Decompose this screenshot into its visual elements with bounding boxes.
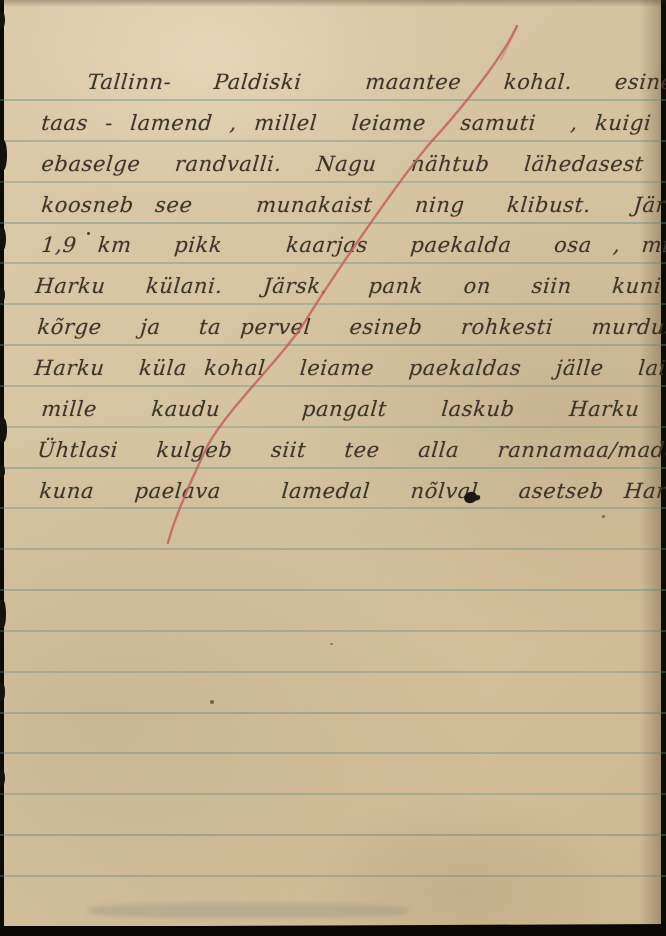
paper-top-shadow [0,0,666,7]
rule-line [0,467,666,469]
rule-line [0,589,666,591]
paper-edge-mark [0,418,7,442]
handwritten-line: Harku küla kohal leiame paekaldas jälle … [33,350,666,385]
rule-line [0,181,666,183]
handwritten-line: mille kaudu pangalt laskub Harku oja. [40,391,666,426]
rule-line [0,140,666,142]
paper-edge-mark [0,12,5,28]
rule-line [0,222,666,224]
paper-speck [602,515,605,518]
rule-line [0,671,666,673]
paper-edge-mark [0,465,5,477]
handwritten-line: Tallinn- Paldiski maantee kohal. esineb … [86,64,666,99]
paper-speck [210,700,214,704]
rule-line [0,303,666,305]
paper-speck [330,643,333,645]
rule-line [0,752,666,754]
handwritten-line: kuna paelava lamedal nõlval asetseb Hark… [38,473,666,508]
bottom-smudge [88,903,408,918]
handwritten-line: ebaselge randvalli. Nagu nähtub lähedase… [40,146,666,181]
handwritten-line: Harku külani. Järsk. pank on siin kuni 2… [34,268,666,303]
handwritten-line: 1,9 km pikk kaarjas paekalda osa , mis u… [40,227,666,262]
rule-line [0,712,666,714]
rule-line [0,344,666,346]
paper-edge-mark [0,288,5,302]
rule-line [0,262,666,264]
handwritten-line: Ühtlasi kulgeb siit tee alla rannamaa/ma… [36,432,666,467]
paper-edge-bottom [0,924,666,936]
handwritten-line: kõrge ja ta pervel esineb rohkesti murdu… [36,309,666,344]
paper-edge-mark [0,228,6,250]
rule-line [0,793,666,795]
rule-line [0,99,666,101]
rule-line [0,630,666,632]
rule-line [0,834,666,836]
rule-line [0,548,666,550]
handwritten-line: taas - lamend , millel leiame samuti , k… [40,105,666,140]
paper-speck [87,232,90,235]
notebook-page-scan: Tallinn- Paldiski maantee kohal. esineb … [0,0,666,936]
paper-edge-mark [0,683,5,701]
paper-edge-mark [0,140,7,170]
paper-edge-mark [0,600,6,628]
handwritten-line: koosneb see munakaist ning klibust. Järg… [40,187,666,222]
rule-line [0,385,666,387]
paper-edge-mark [0,770,5,786]
rule-line [0,426,666,428]
rule-line [0,875,666,877]
